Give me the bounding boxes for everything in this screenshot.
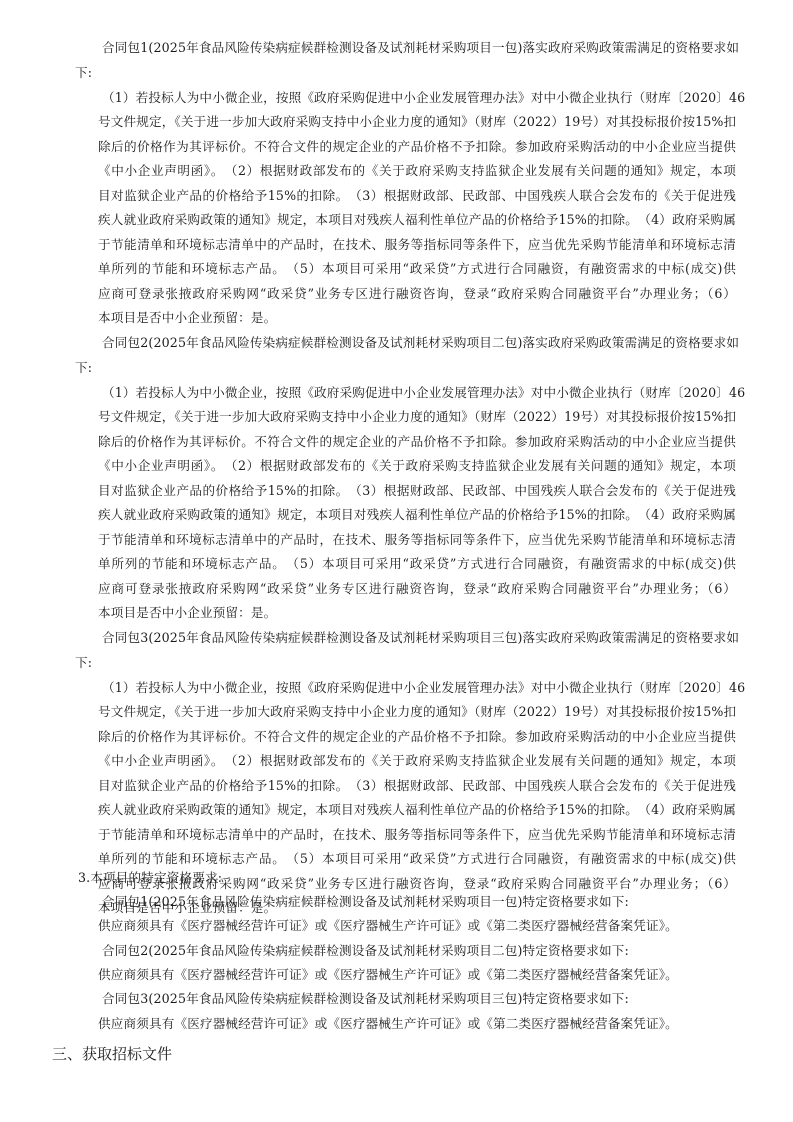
package-1-body-line: 《中小企业声明函》。 （2）根据财政部发布的《关于政府采购支持监狱企业发展有关问… [98, 163, 736, 179]
package-1-body-line: 目对监狱企业产品的价格给予15%的扣除。 （3）根据财政部、民政部、中国残疾人联… [98, 188, 736, 204]
package-2-body-line: （1）若投标人为中小微企业，按照《政府采购促进中小企业发展管理办法》对中小微企业… [102, 385, 736, 401]
package-3-body-line: 于节能清单和环境标志清单中的产品时，在技术、服务等指标同等条件下，应当优先采购节… [98, 827, 736, 843]
specific-package-1-header: 合同包1(2025年食品风险传染病症候群检测设备及试剂耗材采购项目一包)特定资格… [102, 894, 629, 910]
specific-package-3-requirement: 供应商须具有《医疗器械经营许可证》或《医疗器械生产许可证》或《第二类医疗器械经营… [98, 1016, 678, 1032]
package-1-body-line: （1）若投标人为中小微企业，按照《政府采购促进中小企业发展管理办法》对中小微企业… [102, 90, 736, 106]
specific-package-2-header: 合同包2(2025年食品风险传染病症候群检测设备及试剂耗材采购项目二包)特定资格… [102, 943, 629, 959]
package-2-body-line: 应商可登录张掖政府采购网“政采贷”业务专区进行融资咨询，登录“政府采购合同融资平… [98, 581, 736, 597]
package-1-body-line: 应商可登录张掖政府采购网“政采贷”业务专区进行融资咨询，登录“政府采购合同融资平… [98, 286, 736, 302]
package-3-body-line: 《中小企业声明函》。 （2）根据财政部发布的《关于政府采购支持监狱企业发展有关问… [98, 753, 736, 769]
package-1-policy-header-cont: 下: [75, 65, 92, 81]
package-3-policy-header-cont: 下: [75, 655, 92, 671]
package-2-body-line: 除后的价格作为其评标价。不符合文件的规定企业的产品价格不予扣除。参加政府采购活动… [98, 434, 736, 450]
package-3-body-line: 疾人就业政府采购政策的通知》规定，本项目对残疾人福利性单位产品的价格给予15%的… [98, 802, 736, 818]
package-2-policy-header-cont: 下: [75, 360, 92, 376]
package-2-body-line: 于节能清单和环境标志清单中的产品时，在技术、服务等指标同等条件下，应当优先采购节… [98, 532, 736, 548]
package-2-policy-header: 合同包2(2025年食品风险传染病症候群检测设备及试剂耗材采购项目二包)落实政府… [102, 335, 736, 351]
specific-package-1-requirement: 供应商须具有《医疗器械经营许可证》或《医疗器械生产许可证》或《第二类医疗器械经营… [98, 918, 678, 934]
section-heading: 三、获取招标文件 [52, 1045, 172, 1063]
package-3-body-line: 目对监狱企业产品的价格给予15%的扣除。 （3）根据财政部、民政部、中国残疾人联… [98, 778, 736, 794]
package-3-policy-header: 合同包3(2025年食品风险传染病症候群检测设备及试剂耗材采购项目三包)落实政府… [102, 630, 736, 646]
package-2-body-line: 号文件规定，《关于进一步加大政府采购支持中小企业力度的通知》（财库（2022）1… [98, 409, 736, 425]
specific-package-3-header: 合同包3(2025年食品风险传染病症候群检测设备及试剂耗材采购项目三包)特定资格… [102, 991, 629, 1007]
package-2-body-line: 本项目是否中小企业预留：是。 [98, 605, 276, 621]
package-1-policy-header: 合同包1(2025年食品风险传染病症候群检测设备及试剂耗材采购项目一包)落实政府… [102, 40, 736, 56]
package-1-body-line: 单所列的节能和环境标志产品。 （5）本项目可采用“政采贷”方式进行合同融资，有融… [98, 261, 736, 277]
document-page: 合同包1(2025年食品风险传染病症候群检测设备及试剂耗材采购项目一包)落实政府… [0, 0, 793, 1122]
package-1-body-line: 本项目是否中小企业预留：是。 [98, 310, 276, 326]
specific-requirements-title: 3.本项目的特定资格要求: [78, 870, 222, 886]
package-3-body-line: 单所列的节能和环境标志产品。 （5）本项目可采用“政采贷”方式进行合同融资，有融… [98, 851, 736, 867]
package-1-body-line: 除后的价格作为其评标价。不符合文件的规定企业的产品价格不予扣除。参加政府采购活动… [98, 139, 736, 155]
package-1-body-line: 号文件规定，《关于进一步加大政府采购支持中小企业力度的通知》（财库（2022）1… [98, 114, 736, 130]
package-2-body-line: 疾人就业政府采购政策的通知》规定，本项目对残疾人福利性单位产品的价格给予15%的… [98, 507, 736, 523]
package-2-body-line: 目对监狱企业产品的价格给予15%的扣除。 （3）根据财政部、民政部、中国残疾人联… [98, 483, 736, 499]
package-3-body-line: （1）若投标人为中小微企业，按照《政府采购促进中小企业发展管理办法》对中小微企业… [102, 680, 736, 696]
package-2-body-line: 单所列的节能和环境标志产品。 （5）本项目可采用“政采贷”方式进行合同融资，有融… [98, 556, 736, 572]
package-1-body-line: 疾人就业政府采购政策的通知》规定，本项目对残疾人福利性单位产品的价格给予15%的… [98, 212, 736, 228]
package-3-body-line: 号文件规定，《关于进一步加大政府采购支持中小企业力度的通知》（财库（2022）1… [98, 704, 736, 720]
package-1-body-line: 于节能清单和环境标志清单中的产品时，在技术、服务等指标同等条件下，应当优先采购节… [98, 237, 736, 253]
package-2-body-line: 《中小企业声明函》。 （2）根据财政部发布的《关于政府采购支持监狱企业发展有关问… [98, 458, 736, 474]
specific-package-2-requirement: 供应商须具有《医疗器械经营许可证》或《医疗器械生产许可证》或《第二类医疗器械经营… [98, 967, 678, 983]
package-3-body-line: 除后的价格作为其评标价。不符合文件的规定企业的产品价格不予扣除。参加政府采购活动… [98, 729, 736, 745]
